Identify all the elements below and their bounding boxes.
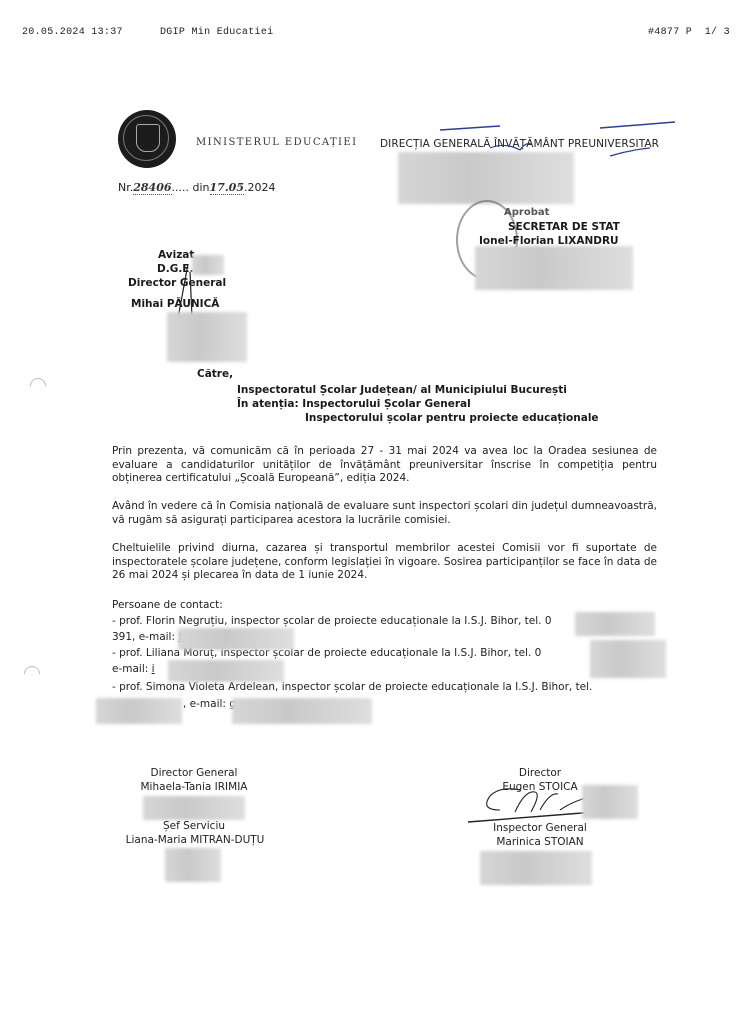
- redacted-region: [168, 660, 284, 682]
- redacted-region: [475, 246, 633, 290]
- signature-right-bottom-name: Marinica STOIAN: [475, 836, 605, 848]
- coat-of-arms-seal-icon: [118, 110, 176, 168]
- approval-title: SECRETAR DE STAT: [508, 221, 620, 233]
- redacted-region: [143, 796, 245, 820]
- contacts-heading: Persoane de contact:: [112, 598, 223, 614]
- contact-item-3-line2: , e-mail: g: [183, 697, 236, 713]
- body-paragraph-3: Cheltuielile privind diurna, cazarea și …: [112, 542, 657, 583]
- endorsement-label: Avizat: [158, 249, 194, 261]
- ministry-name: MINISTERUL EDUCAȚIEI: [196, 137, 357, 148]
- registration-nr-value: 28406: [133, 181, 171, 195]
- redacted-region: [480, 851, 592, 885]
- redacted-region: [165, 848, 221, 882]
- contact-item-1-line2: 391, e-mail: f: [112, 630, 182, 646]
- body-paragraph-1: Prin prezenta, vă comunicăm că în perioa…: [112, 445, 657, 486]
- registration-date-value: 17.05: [210, 181, 244, 195]
- contact-item-3-line1: - prof. Simona Violeta Ardelean, inspect…: [112, 680, 592, 696]
- body-paragraph-2: Având în vedere că în Comisia națională …: [112, 500, 657, 527]
- redacted-region: [582, 785, 638, 819]
- registration-number: Nr.28406..... din17.05.2024: [118, 181, 275, 194]
- redacted-region: [167, 312, 247, 362]
- signature-left-bottom-name: Liana-Maria MITRAN-DUȚU: [110, 834, 280, 846]
- fax-page-info: #4877 P 1/ 3: [648, 27, 730, 38]
- signature-left-top-name: Mihaela-Tania IRIMIA: [120, 781, 268, 793]
- punch-hole-mark: [27, 375, 50, 398]
- fax-sender: DGIP Min Educatiei: [160, 27, 273, 38]
- fax-datetime: 20.05.2024 13:37: [22, 27, 123, 38]
- contact-item-2-line2: e-mail: i: [112, 662, 155, 678]
- punch-hole-mark: [21, 663, 44, 686]
- recipient-line3: Inspectorului școlar pentru proiecte edu…: [305, 412, 599, 424]
- redacted-region: [232, 698, 372, 724]
- signature-right-bottom-title: Inspector General: [475, 822, 605, 834]
- recipient-greeting: Către,: [197, 368, 233, 380]
- recipient-line2: În atenția: Inspectorului Școlar General: [237, 398, 471, 410]
- redacted-region: [398, 152, 574, 204]
- contact-email-link[interactable]: i: [152, 663, 155, 675]
- redacted-region: [575, 612, 655, 636]
- redacted-region: [96, 698, 182, 724]
- approval-label: Aprobat: [504, 207, 549, 218]
- recipient-line1: Inspectoratul Școlar Județean/ al Munici…: [237, 384, 567, 396]
- redacted-region: [590, 640, 666, 678]
- redacted-region: [178, 628, 294, 650]
- signature-left-top-title: Director General: [120, 767, 268, 779]
- signature-left-bottom-title: Șef Serviciu: [120, 820, 268, 832]
